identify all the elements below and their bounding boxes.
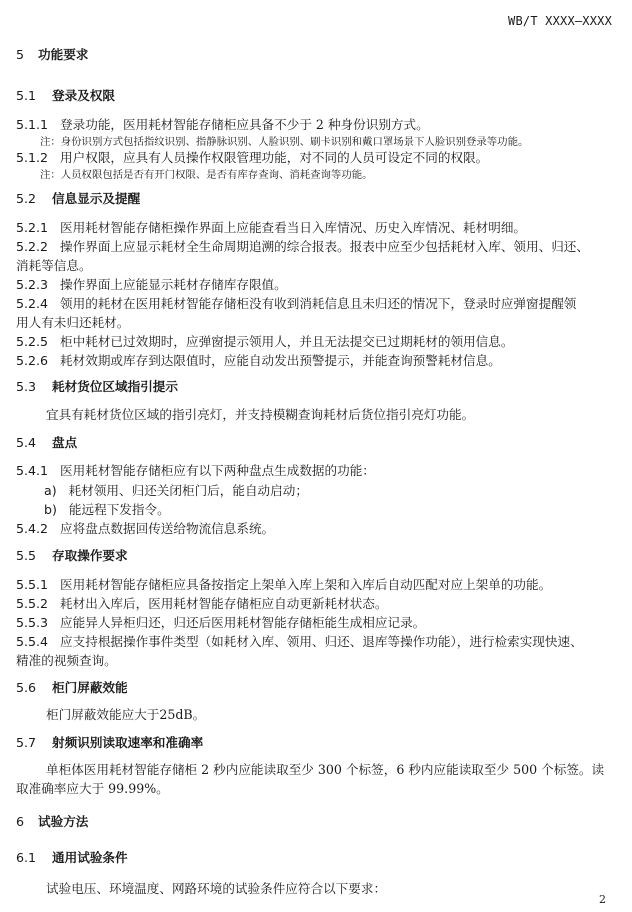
clause: 5.4.2应将盘点数据回传送给物流信息系统。 [16,520,612,538]
clause-text: 用户权限，应具有人员操作权限管理功能，对不同的人员可设定不同的权限。 [60,150,488,165]
note-label: 注： [40,136,61,148]
subsection-heading: 5.6柜门屏蔽效能 [16,679,612,697]
heading-number: 5.1 [16,88,36,103]
clause-number: 5.1.2 [16,150,48,165]
clause: 5.5.4应支持根据操作事件类型（如耗材入库、领用、归还、退库等操作功能），进行… [16,633,612,651]
clause-text: 操作界面上应能显示耗材存储库存限值。 [60,277,287,292]
paragraph-continuation: 消耗等信息。 [16,257,612,275]
clause-text: 应能异人异柜归还，归还后医用耗材智能存储柜能生成相应记录。 [60,615,425,630]
clause-text: 柜中耗材已过效期时，应弹窗提示领用人，并且无法提交已过期耗材的领用信息。 [60,334,513,349]
clause-number: 5.2.4 [16,296,48,311]
subsection-heading: 5.2信息显示及提醒 [16,190,612,208]
document-code-header: WB/T XXXX—XXXX [508,14,612,28]
section-heading: 6试验方法 [16,813,612,831]
clause: 5.2.2操作界面上应显示耗材全生命周期追溯的综合报表。报表中应至少包括耗材入库… [16,238,612,256]
paragraph: 试验电压、环境温度、网路环境的试验条件应符合以下要求： [46,880,612,898]
clause: 5.4.1医用耗材智能存储柜应有以下两种盘点生成数据的功能： [16,462,612,480]
heading-title: 射频识别读取速率和准确率 [52,735,203,750]
list-text: 耗材领用、归还关闭柜门后，能自动启动； [69,483,308,498]
heading-title: 耗材货位区域指引提示 [52,379,178,394]
clause-text: 应支持根据操作事件类型（如耗材入库、领用、归还、退库等操作功能），进行检索实现快… [60,634,583,649]
clause-number: 5.2.5 [16,334,48,349]
paragraph-continuation: 用人有未归还耗材。 [16,314,612,332]
clause: 5.2.4领用的耗材在医用耗材智能存储柜没有收到消耗信息且未归还的情况下，登录时… [16,295,612,313]
note-label: 注： [40,169,61,181]
clause-text: 耗材出入库后，医用耗材智能存储柜应自动更新耗材状态。 [60,596,387,611]
clause: 5.5.3应能异人异柜归还，归还后医用耗材智能存储柜能生成相应记录。 [16,614,612,632]
subsection-heading: 5.7射频识别读取速率和准确率 [16,734,612,752]
clause: 5.1.2用户权限，应具有人员操作权限管理功能，对不同的人员可设定不同的权限。 [16,149,612,167]
list-text: 能远程下发指令。 [69,502,170,517]
clause-text: 登录功能，医用耗材智能存储柜应具备不少于 2 种身份识别方式。 [60,117,429,132]
clause-number: 5.2.2 [16,239,48,254]
heading-number: 5.7 [16,735,36,750]
list-marker: a) [44,483,57,498]
subsection-heading: 5.5存取操作要求 [16,547,612,565]
clause-number: 5.1.1 [16,117,48,132]
heading-number: 5.6 [16,680,36,695]
clause-number: 5.2.1 [16,220,48,235]
paragraph-text: 柜门屏蔽效能应大于25dB。 [46,707,205,722]
paragraph-continuation: 取准确率应大于 99.99%。 [16,780,612,798]
clause-number: 5.5.2 [16,596,48,611]
heading-title: 通用试验条件 [52,850,128,865]
heading-title: 存取操作要求 [52,548,128,563]
continuation-text: 用人有未归还耗材。 [16,315,129,330]
heading-title: 柜门屏蔽效能 [52,680,128,695]
note: 注：人员权限包括是否有开门权限、是否有库存查询、消耗查询等功能。 [40,166,612,184]
list-item: a)耗材领用、归还关闭柜门后，能自动启动； [44,482,612,500]
clause-number: 5.2.6 [16,353,48,368]
clause-number: 5.5.4 [16,634,48,649]
subsection-heading: 5.1登录及权限 [16,87,612,105]
heading-title: 登录及权限 [52,88,115,103]
clause-text: 耗材效期或库存到达限值时，应能自动发出预警提示，并能查询预警耗材信息。 [60,353,501,368]
note-text: 人员权限包括是否有开门权限、是否有库存查询、消耗查询等功能。 [61,169,373,181]
clause-text: 医用耗材智能存储柜操作界面上应能查看当日入库情况、历史入库情况、耗材明细。 [60,220,526,235]
heading-title: 信息显示及提醒 [52,191,140,206]
paragraph-text: 试验电压、环境温度、网路环境的试验条件应符合以下要求： [46,881,386,896]
clause: 5.1.1登录功能，医用耗材智能存储柜应具备不少于 2 种身份识别方式。 [16,116,612,134]
heading-number: 6.1 [16,850,36,865]
paragraph: 宜具有耗材货位区域的指引亮灯，并支持模糊查询耗材后货位指引亮灯功能。 [46,406,612,424]
clause: 5.5.2耗材出入库后，医用耗材智能存储柜应自动更新耗材状态。 [16,595,612,613]
list-item: b)能远程下发指令。 [44,501,612,519]
paragraph-text: 宜具有耗材货位区域的指引亮灯，并支持模糊查询耗材后货位指引亮灯功能。 [46,407,474,422]
heading-number: 6 [16,814,24,829]
list-marker: b) [44,502,57,517]
clause-text: 医用耗材智能存储柜应具备按指定上架单入库上架和入库后自动匹配对应上架单的功能。 [60,577,551,592]
paragraph-continuation: 精准的视频查询。 [16,652,612,670]
clause-number: 5.4.2 [16,521,48,536]
subsection-heading: 5.4盘点 [16,434,612,452]
heading-title: 功能要求 [38,47,88,62]
continuation-text: 取准确率应大于 99.99%。 [16,781,169,796]
heading-number: 5.2 [16,191,36,206]
heading-number: 5.5 [16,548,36,563]
paragraph: 柜门屏蔽效能应大于25dB。 [46,706,612,724]
clause: 5.5.1医用耗材智能存储柜应具备按指定上架单入库上架和入库后自动匹配对应上架单… [16,576,612,594]
heading-number: 5.4 [16,435,36,450]
clause: 5.2.1医用耗材智能存储柜操作界面上应能查看当日入库情况、历史入库情况、耗材明… [16,219,612,237]
clause: 5.2.5柜中耗材已过效期时，应弹窗提示领用人，并且无法提交已过期耗材的领用信息… [16,333,612,351]
continuation-text: 消耗等信息。 [16,258,92,273]
clause: 5.2.3操作界面上应能显示耗材存储库存限值。 [16,276,612,294]
paragraph: 单柜体医用耗材智能存储柜 2 秒内应能读取至少 300 个标签，6 秒内应能读取… [46,761,612,779]
clause-number: 5.2.3 [16,277,48,292]
subsection-heading: 5.3耗材货位区域指引提示 [16,378,612,396]
paragraph-text: 单柜体医用耗材智能存储柜 2 秒内应能读取至少 300 个标签，6 秒内应能读取… [46,762,604,777]
heading-title: 试验方法 [38,814,88,829]
heading-number: 5 [16,47,24,62]
clause: 5.2.6耗材效期或库存到达限值时，应能自动发出预警提示，并能查询预警耗材信息。 [16,352,612,370]
clause-number: 5.5.3 [16,615,48,630]
note-text: 身份识别方式包括指纹识别、指静脉识别、人脸识别、刷卡识别和戴口罩场景下人脸识别登… [61,136,529,148]
heading-number: 5.3 [16,379,36,394]
clause-number: 5.4.1 [16,463,48,478]
heading-title: 盘点 [52,435,77,450]
clause-text: 医用耗材智能存储柜应有以下两种盘点生成数据的功能： [60,463,375,478]
continuation-text: 精准的视频查询。 [16,653,117,668]
clause-text: 领用的耗材在医用耗材智能存储柜没有收到消耗信息且未归还的情况下，登录时应弹窗提醒… [60,296,576,311]
clause-text: 应将盘点数据回传送给物流信息系统。 [60,521,274,536]
clause-text: 操作界面上应显示耗材全生命周期追溯的综合报表。报表中应至少包括耗材入库、领用、归… [60,239,589,254]
subsection-heading: 6.1通用试验条件 [16,849,612,867]
section-heading: 5功能要求 [16,46,612,64]
clause-number: 5.5.1 [16,577,48,592]
